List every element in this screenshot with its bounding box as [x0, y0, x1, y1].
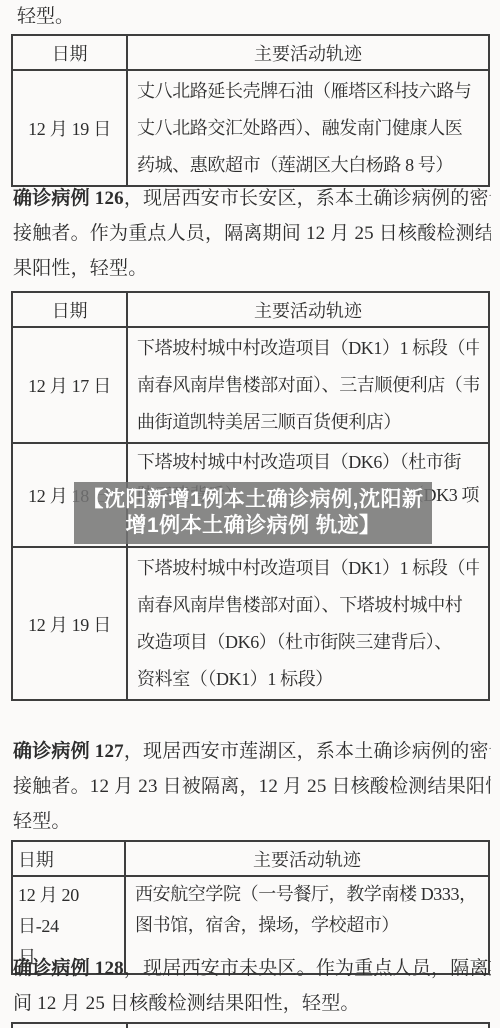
header-track: 主要活动轨迹 — [128, 293, 488, 326]
track-line: 资料室（（DK1）1 标段） — [137, 661, 479, 698]
date-line: 12 月 20 日-24 — [18, 880, 122, 942]
header-date: 日期 — [13, 842, 126, 875]
partial-table-divider — [126, 1024, 128, 1028]
table-header-row: 日期 主要活动轨迹 — [13, 293, 488, 326]
track-cell: 下塔坡村城中村改造项目（DK1）1 标段（中 南春风南岸售楼部对面）、三吉顺便利… — [128, 328, 488, 442]
track-line: 丈八北路交汇处路西）、融发南门健康人医 — [137, 110, 479, 147]
case-paragraph-128: 确诊病例 128，现居西安市未央区。作为重点人员，隔离期 间 12 月 25 日… — [13, 951, 491, 1021]
header-track: 主要活动轨迹 — [126, 842, 488, 875]
track-line: 丈八北路延长壳牌石油（雁塔区科技六路与 — [137, 73, 479, 110]
paragraph-text: ，现居西安市莲湖区，系本土确诊病例的密切 — [124, 741, 491, 762]
table-row: 12 月 19 日 下塔坡村城中村改造项目（DK1）1 标段（中 南春风南岸售楼… — [13, 546, 488, 699]
paragraph-line: 确诊病例 127，现居西安市莲湖区，系本土确诊病例的密切 — [13, 734, 491, 769]
case-number: 确诊病例 128 — [13, 958, 124, 979]
header-date: 日期 — [13, 293, 128, 326]
document-page: { "tail_text": "轻型。", "overlay": { "line… — [0, 0, 500, 1028]
track-line: 药城、惠欧超市（莲湖区大白杨路 8 号） — [137, 147, 479, 184]
table-header-row: 日期 主要活动轨迹 — [13, 36, 488, 69]
paragraph-text: ，现居西安市未央区。作为重点人员，隔离期 — [124, 958, 491, 979]
track-line: 西安航空学院（一号餐厅，教学南楼 D333， — [135, 879, 479, 910]
track-line: 曲街道凯特美居三顺百货便利店） — [137, 404, 479, 441]
date-cell: 12 月 17 日 — [13, 328, 128, 442]
case-number: 确诊病例 127 — [13, 741, 124, 762]
table-row: 12 月 19 日 丈八北路延长壳牌石油（雁塔区科技六路与 丈八北路交汇处路西）… — [13, 69, 488, 185]
paragraph-line: 接触者。作为重点人员，隔离期间 12 月 25 日核酸检测结 — [13, 216, 491, 251]
activity-table-1: 日期 主要活动轨迹 12 月 19 日 丈八北路延长壳牌石油（雁塔区科技六路与 … — [11, 34, 490, 187]
table-row: 12 月 17 日 下塔坡村城中村改造项目（DK1）1 标段（中 南春风南岸售楼… — [13, 326, 488, 442]
overlay-line-2: 增1例本土确诊病例 轨迹】 — [74, 513, 432, 539]
track-cell: 下塔坡村城中村改造项目（DK1）1 标段（中 南春风南岸售楼部对面）、下塔坡村城… — [128, 548, 488, 699]
track-line: 南春风南岸售楼部对面）、下塔坡村城中村 — [137, 587, 479, 624]
track-line: 下塔坡村城中村改造项目（DK6）（杜市街 — [137, 446, 479, 479]
paragraph-line: 果阳性，轻型。 — [13, 251, 491, 286]
partial-table-top — [11, 1022, 490, 1028]
paragraph-line: 确诊病例 128，现居西安市未央区。作为重点人员，隔离期 — [13, 951, 491, 986]
track-line: 下塔坡村城中村改造项目（DK1）1 标段（中 — [137, 330, 479, 367]
paragraph-text: ，现居西安市长安区，系本土确诊病例的密切 — [124, 188, 491, 209]
header-track: 主要活动轨迹 — [128, 36, 488, 69]
header-date: 日期 — [13, 36, 128, 69]
table-header-row: 日期 主要活动轨迹 — [13, 842, 488, 875]
case-number: 确诊病例 126 — [13, 188, 124, 209]
track-line: 下塔坡村城中村改造项目（DK1）1 标段（中 — [137, 550, 479, 587]
case-paragraph-126: 确诊病例 126，现居西安市长安区，系本土确诊病例的密切 接触者。作为重点人员，… — [13, 181, 491, 286]
paragraph-line: 间 12 月 25 日核酸检测结果阳性，轻型。 — [13, 986, 491, 1021]
overlay-line-1: 【沈阳新增1例本土确诊病例,沈阳新 — [74, 487, 432, 513]
paragraph-line: 接触者。12 月 23 日被隔离，12 月 25 日核酸检测结果阳性， — [13, 769, 491, 804]
subtitle-overlay: 【沈阳新增1例本土确诊病例,沈阳新 增1例本土确诊病例 轨迹】 — [74, 482, 432, 544]
track-line: 图书馆，宿舍，操场，学校超市） — [135, 910, 479, 941]
paragraph-line: 轻型。 — [13, 804, 491, 839]
date-cell: 12 月 19 日 — [13, 548, 128, 699]
track-line: 南春风南岸售楼部对面）、三吉顺便利店（韦 — [137, 367, 479, 404]
trailing-text: 轻型。 — [17, 5, 74, 29]
date-cell: 12 月 19 日 — [13, 71, 128, 185]
track-cell: 丈八北路延长壳牌石油（雁塔区科技六路与 丈八北路交汇处路西）、融发南门健康人医 … — [128, 71, 488, 185]
case-paragraph-127: 确诊病例 127，现居西安市莲湖区，系本土确诊病例的密切 接触者。12 月 23… — [13, 734, 491, 839]
paragraph-line: 确诊病例 126，现居西安市长安区，系本土确诊病例的密切 — [13, 181, 491, 216]
track-line: 改造项目（DK6）（杜市街陕三建背后）、 — [137, 624, 479, 661]
